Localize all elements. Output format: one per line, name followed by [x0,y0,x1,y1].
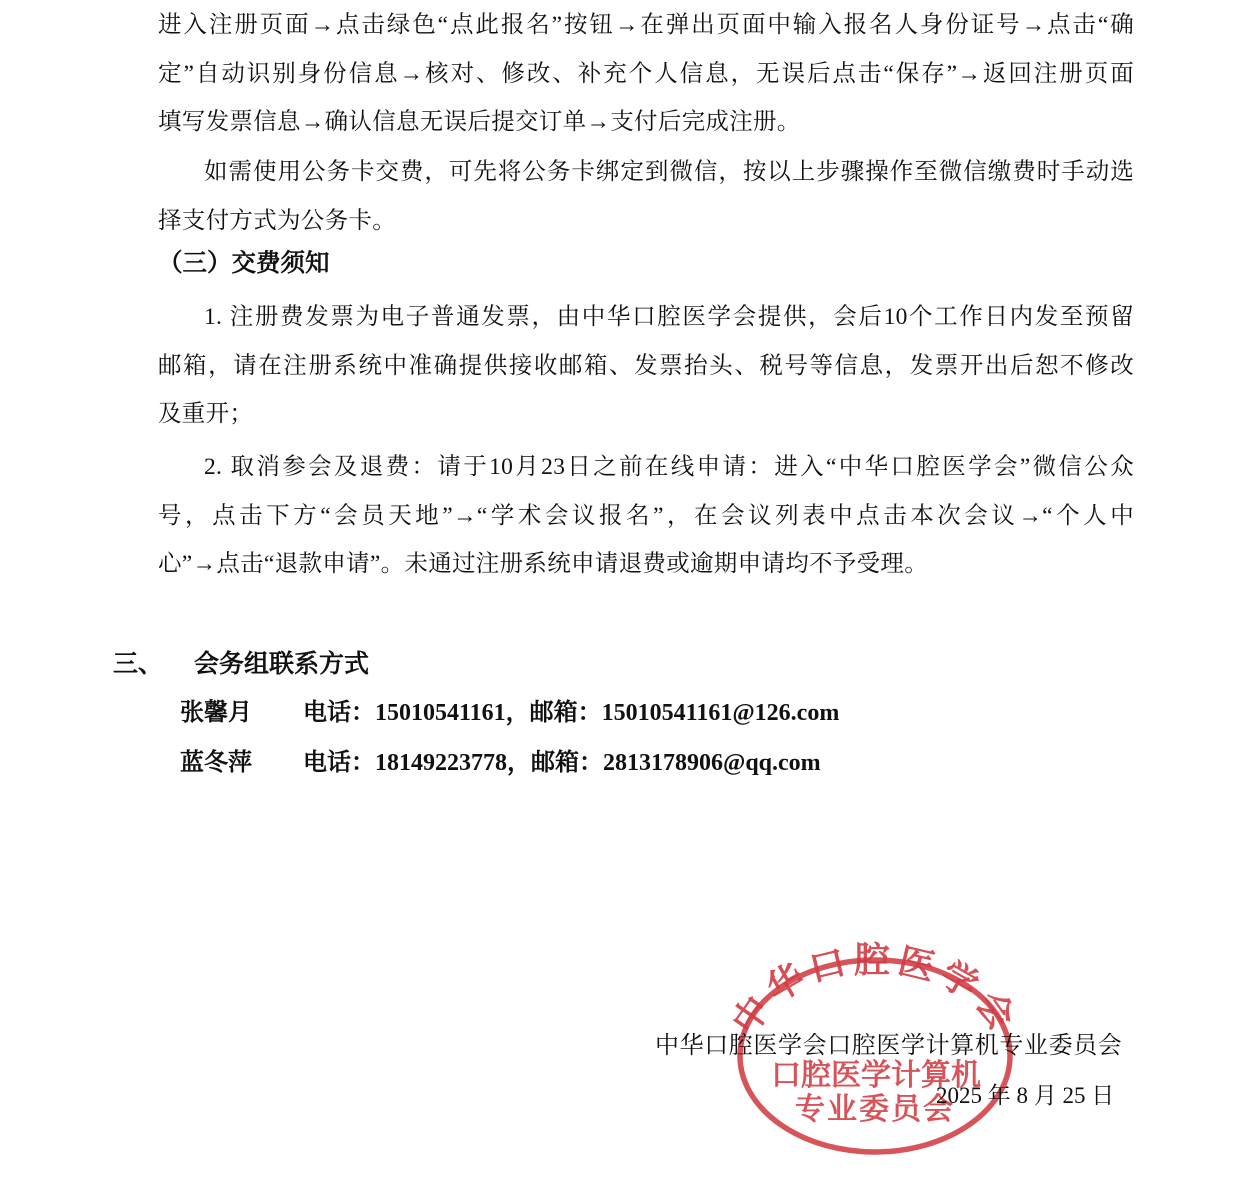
text-line: 如需使用公务卡交费，可先将公务卡绑定到微信，按以上步骤操作至微信缴费时手动选 [158,148,1134,197]
section-title: 会务组联系方式 [194,650,369,680]
contact-detail: 电话：18149223778，邮箱：2813178906@qq.com [303,750,821,800]
text-line: 1. 注册费发票为电子普通发票，由中华口腔医学会提供，会后10个工作日内发至预留 [158,293,1134,342]
contact-list: 张馨月 电话：15010541161，邮箱：15010541161@126.co… [180,700,839,800]
contact-row: 蓝冬萍 电话：18149223778，邮箱：2813178906@qq.com [180,750,839,800]
text-line: 择支付方式为公务卡。 [158,197,1134,246]
para-cancellation-note: 2. 取消参会及退费：请于10月23日之前在线申请：进入“中华口腔医学会”微信公… [158,443,1134,589]
text-line: 2. 取消参会及退费：请于10月23日之前在线申请：进入“中华口腔医学会”微信公… [158,443,1134,492]
seal-line2: 专业委员会 [795,1092,955,1126]
text-line: 邮箱，请在注册系统中准确提供接收邮箱、发票抬头、税号等信息，发票开出后恕不修改 [158,342,1134,391]
text-line: 定”自动识别身份信息→核对、修改、补充个人信息，无误后点击“保存”→返回注册页面 [158,50,1134,99]
para-registration-steps: 进入注册页面→点击绿色“点此报名”按钮→在弹出页面中输入报名人身份证号→点击“确… [158,1,1134,147]
signature-organization: 中华口腔医学会口腔医学计算机专业委员会 [655,1033,1122,1059]
text-line: 号，点击下方“会员天地”→“学术会议报名”，在会议列表中点击本次会议→“个人中 [158,492,1134,541]
text-line: 填写发票信息→确认信息无误后提交订单→支付后完成注册。 [158,98,1134,147]
contact-row: 张馨月 电话：15010541161，邮箱：15010541161@126.co… [180,700,839,750]
text-line: 及重开； [158,390,1134,439]
contact-name: 蓝冬萍 [180,750,303,800]
heading-contact-section: 三、 会务组联系方式 [113,650,369,680]
section-number: 三、 [113,650,163,680]
seal-arc-text: 中华口腔医学会 [725,940,1025,1042]
signature-date: 2025 年 8 月 25 日 [936,1083,1114,1108]
para-gov-card: 如需使用公务卡交费，可先将公务卡绑定到微信，按以上步骤操作至微信缴费时手动选 择… [158,148,1134,245]
heading-payment-notes: （三）交费须知 [158,240,330,289]
document-page: 进入注册页面→点击绿色“点此报名”按钮→在弹出页面中输入报名人身份证号→点击“确… [0,0,1241,1192]
para-invoice-note: 1. 注册费发票为电子普通发票，由中华口腔医学会提供，会后10个工作日内发至预留… [158,293,1134,439]
text-line: 进入注册页面→点击绿色“点此报名”按钮→在弹出页面中输入报名人身份证号→点击“确 [158,1,1134,50]
contact-name: 张馨月 [180,700,303,750]
text-line: 心”→点击“退款申请”。未通过注册系统申请退费或逾期申请均不予受理。 [158,540,1134,589]
contact-detail: 电话：15010541161，邮箱：15010541161@126.com [303,700,839,750]
